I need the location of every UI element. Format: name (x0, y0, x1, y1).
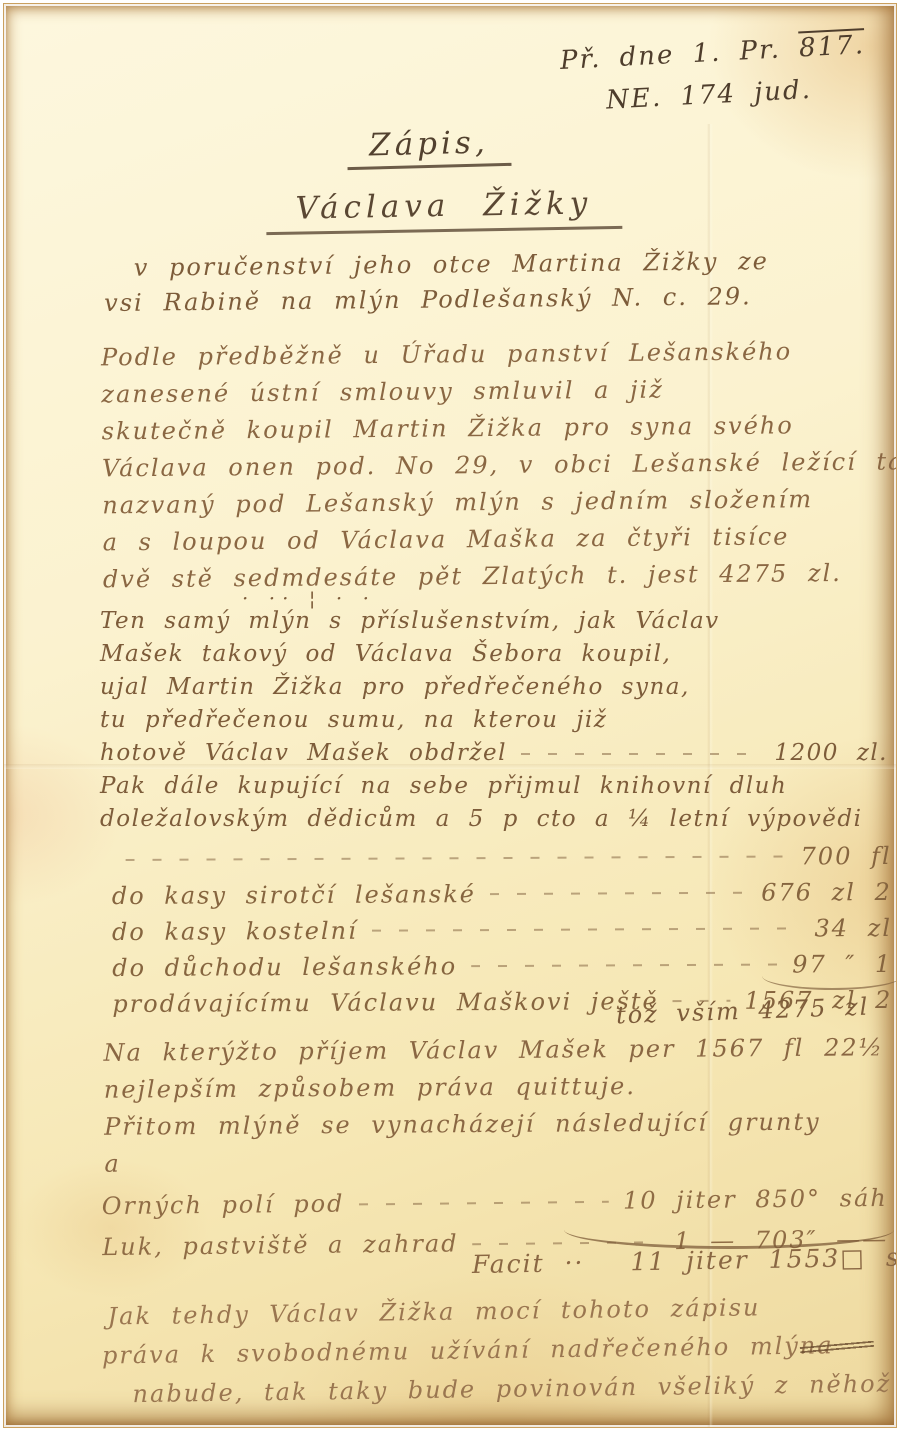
manuscript-line: Mašek takový od Václava Šebora koupil, (100, 638, 888, 671)
land-label: Orných polí pod (102, 1184, 345, 1228)
registry-number-overlined: 817. (798, 30, 865, 63)
dash-leader (372, 927, 801, 931)
paragraph-receipt: Na kterýžto příjem Václav Mašek per 1567… (103, 1029, 886, 1182)
payments-list: 700 fl do kasy sirotčí lešanské 676 zl 2… (112, 838, 893, 1022)
manuscript-line: a (104, 1140, 886, 1182)
payment-label: do kasy kostelní (112, 913, 358, 950)
payment-amount: 676 zl 2 (761, 874, 892, 911)
dash-leader (358, 1200, 609, 1205)
payment-row: do kasy kostelní 34 zl (112, 910, 892, 950)
paragraph-closing: Jak tehdy Václav Žižka mocí tohoto zápis… (107, 1287, 891, 1415)
dash-leader (471, 964, 778, 968)
payment-label: prodávajícímu Václavu Maškovi ještě (112, 983, 658, 1022)
payment-label: do důchodu lešanského (112, 948, 457, 986)
dash-leader (521, 753, 760, 755)
subtitle-text: Václava Žižky (265, 185, 622, 235)
payment-label: do kasy sirotčí lešanské (112, 876, 476, 914)
dash-leader (126, 856, 787, 861)
manuscript-line: nejlepším způsobem práva quittuje. (104, 1066, 886, 1108)
payment-row: do kasy sirotčí lešanské 676 zl 2 (112, 874, 892, 914)
paragraph-mill-transfer: Ten samý mlýn s příslušenstvím, jak Václ… (100, 605, 888, 836)
land-label: Luk, pastviště a zahrad (102, 1223, 459, 1268)
manuscript-line: dvě stě sedmdesáte pět Zlatých t. jest 4… (103, 555, 887, 599)
payment-amount: 700 fl (801, 838, 892, 874)
manuscript-line: Přitom mlýně se vynacházejí následující … (104, 1103, 886, 1145)
manuscript-photo: Př. dne 1. Pr. 817. NE. 174 jud. Zápis, … (3, 3, 897, 1428)
land-measure: 10 jiter 850° sáh (623, 1178, 888, 1222)
intro-paragraph: v poručenství jeho otce Martina Žižky ze… (104, 243, 875, 321)
paragraph-purchase: Podle předběžně u Úřadu panství Lešanské… (101, 333, 887, 599)
facit-label: Facit ·· (472, 1248, 585, 1279)
registry-header: Př. dne 1. Pr. 817. NE. 174 jud. (559, 24, 868, 124)
manuscript-line: tu předřečenou sumu, na kterou již (100, 704, 888, 737)
title-text: Zápis, (347, 124, 512, 170)
facit-value: 11 jiter 1553□ sáh (630, 1242, 897, 1276)
cash-received-label: hotově Václav Mašek obdržel (100, 737, 507, 770)
manuscript-line: doležalovským dědicům a 5 p cto a ¼ letn… (100, 803, 888, 836)
payment-row: 700 fl (112, 838, 892, 878)
dash-leader (490, 892, 747, 895)
cash-received-row: hotově Václav Mašek obdržel 1200 zl. (100, 737, 888, 770)
manuscript-line: Ten samý mlýn s příslušenstvím, jak Václ… (100, 605, 888, 638)
payment-amount: 34 zl (814, 910, 892, 946)
manuscript-line: Na kterýžto příjem Václav Mašek per 1567… (103, 1029, 885, 1071)
manuscript-line: ujal Martin Žižka pro předřečeného syna, (100, 671, 888, 704)
manuscript-line: Pak dále kupující na sebe přijmul knihov… (100, 770, 888, 803)
cash-received-amount: 1200 zl. (774, 737, 888, 770)
manuscript-line: Podle předběžně u Úřadu panství Lešanské… (101, 333, 885, 377)
